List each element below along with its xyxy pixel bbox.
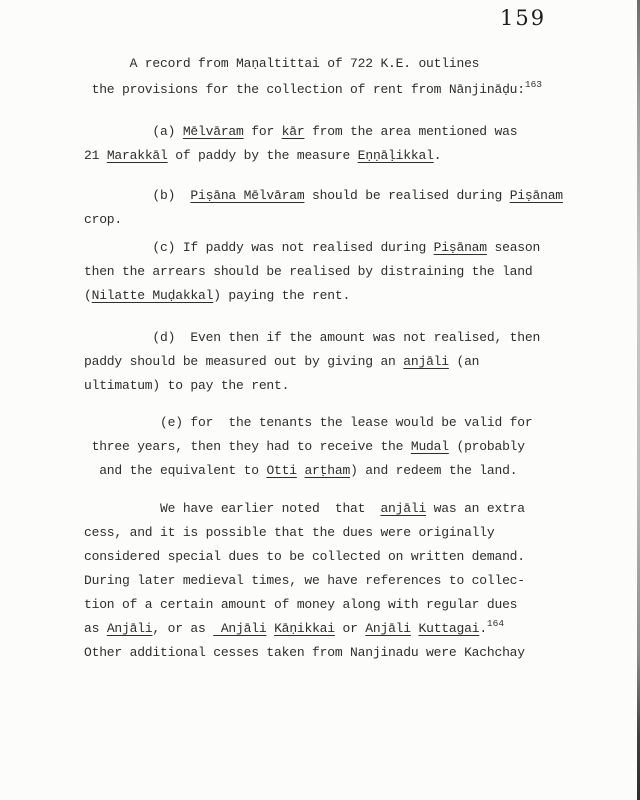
underlined-term: Otti (266, 463, 296, 478)
text-segment: During later medieval times, we have ref… (84, 573, 525, 588)
underlined-term: Nilatte Muḍakkal (92, 288, 214, 303)
text-line: A record from Maṇaltittai of 722 K.E. ou… (84, 51, 624, 77)
footnote-reference: 163 (525, 79, 542, 90)
text-segment: ) paying the rent. (213, 288, 350, 303)
text-segment: was an extra (426, 501, 525, 516)
text-line: ultimatum) to pay the rent. (84, 374, 624, 398)
underlined-term: Kuttagai (419, 621, 480, 636)
text-line: (e) for the tenants the lease would be v… (84, 411, 624, 435)
text-segment: (e) for the tenants the lease would be v… (84, 415, 532, 430)
text-line: (d) Even then if the amount was not real… (84, 326, 624, 350)
text-line: cess, and it is possible that the dues w… (84, 521, 624, 545)
footnote-reference: 164 (487, 618, 504, 629)
text-segment: three years, then they had to receive th… (84, 439, 411, 454)
underlined-term: Eṇṇāḷikkal (358, 148, 434, 163)
text-segment: the provisions for the collection of ren… (84, 82, 525, 97)
underlined-term: kār (282, 124, 305, 139)
text-segment: A record from Maṇaltittai of 722 K.E. ou… (84, 56, 479, 71)
text-line: Other additional cesses taken from Nanji… (84, 641, 624, 665)
text-segment: (b) (84, 188, 190, 203)
text-segment: Other additional cesses taken from Nanji… (84, 645, 525, 660)
text-segment: season (487, 240, 540, 255)
text-segment: (probably (449, 439, 525, 454)
scanned-page: 159 A record from Maṇaltittai of 722 K.E… (0, 0, 640, 800)
text-segment: 21 (84, 148, 107, 163)
text-segment: ( (84, 288, 92, 303)
text-segment: ultimatum) to pay the rent. (84, 378, 289, 393)
text-segment (266, 621, 274, 636)
underlined-term: Anjāli (107, 621, 153, 636)
text-line: (b) Piṣāna Mēlvāram should be realised d… (84, 184, 624, 208)
text-line: During later medieval times, we have ref… (84, 569, 624, 593)
underlined-term: Kāṇikkai (274, 621, 335, 636)
text-segment: paddy should be measured out by giving a… (84, 354, 403, 369)
underlined-term: Anjāli (365, 621, 411, 636)
text-segment: We have earlier noted that (84, 501, 380, 516)
underlined-term: Mudal (411, 439, 449, 454)
item-e: (e) for the tenants the lease would be v… (84, 411, 624, 483)
underlined-term: Piṣāna Mēlvāram (190, 188, 304, 203)
text-line: We have earlier noted that anjāli was an… (84, 497, 624, 521)
text-segment: (c) If paddy was not realised during (84, 240, 434, 255)
text-line: and the equivalent to Otti arṭham) and r… (84, 459, 624, 483)
underlined-term: Marakkāl (107, 148, 168, 163)
item-b: (b) Piṣāna Mēlvāram should be realised d… (84, 184, 624, 232)
underlined-term: Piṣānam (510, 188, 563, 203)
text-line: as Anjāli, or as Anjāli Kāṇikkai or Anjā… (84, 617, 624, 641)
underlined-term: anjāli (380, 501, 426, 516)
closing-paragraph: We have earlier noted that anjāli was an… (84, 497, 624, 665)
text-segment: tion of a certain amount of money along … (84, 597, 517, 612)
text-line: considered special dues to be collected … (84, 545, 624, 569)
text-segment: and the equivalent to (84, 463, 266, 478)
text-segment: for (244, 124, 282, 139)
text-segment: . (479, 621, 487, 636)
item-a: (a) Mēlvāram for kār from the area menti… (84, 120, 624, 168)
text-segment: ) and redeem the land. (350, 463, 517, 478)
text-segment: (an (449, 354, 479, 369)
text-line: tion of a certain amount of money along … (84, 593, 624, 617)
underlined-term: Mēlvāram (183, 124, 244, 139)
underlined-term: anjāli (403, 354, 449, 369)
item-c: (c) If paddy was not realised during Piṣ… (84, 236, 624, 308)
text-segment: of paddy by the measure (168, 148, 358, 163)
text-segment: as (84, 621, 107, 636)
text-segment: or (335, 621, 365, 636)
text-segment: (d) Even then if the amount was not real… (84, 330, 540, 345)
text-segment: . (434, 148, 442, 163)
underlined-term: arṭham (304, 463, 350, 478)
text-line: (a) Mēlvāram for kār from the area menti… (84, 120, 624, 144)
text-line: (Nilatte Muḍakkal) paying the rent. (84, 284, 624, 308)
text-segment: (a) (84, 124, 183, 139)
underlined-term: Anjāli (213, 621, 266, 636)
text-segment: then the arrears should be realised by d… (84, 264, 532, 279)
text-line: 21 Marakkāl of paddy by the measure Eṇṇā… (84, 144, 624, 168)
text-line: the provisions for the collection of ren… (84, 77, 624, 103)
text-segment: crop. (84, 212, 122, 227)
text-line: three years, then they had to receive th… (84, 435, 624, 459)
page-number: 159 (500, 6, 546, 30)
text-line: crop. (84, 208, 624, 232)
text-segment: should be realised during (304, 188, 509, 203)
text-line: then the arrears should be realised by d… (84, 260, 624, 284)
text-segment: from the area mentioned was (304, 124, 517, 139)
text-segment: , or as (152, 621, 213, 636)
intro-paragraph: A record from Maṇaltittai of 722 K.E. ou… (84, 51, 624, 103)
underlined-term: Piṣānam (434, 240, 487, 255)
text-segment: considered special dues to be collected … (84, 549, 525, 564)
item-d: (d) Even then if the amount was not real… (84, 326, 624, 398)
text-segment (411, 621, 419, 636)
text-line: paddy should be measured out by giving a… (84, 350, 624, 374)
text-line: (c) If paddy was not realised during Piṣ… (84, 236, 624, 260)
text-segment: cess, and it is possible that the dues w… (84, 525, 494, 540)
